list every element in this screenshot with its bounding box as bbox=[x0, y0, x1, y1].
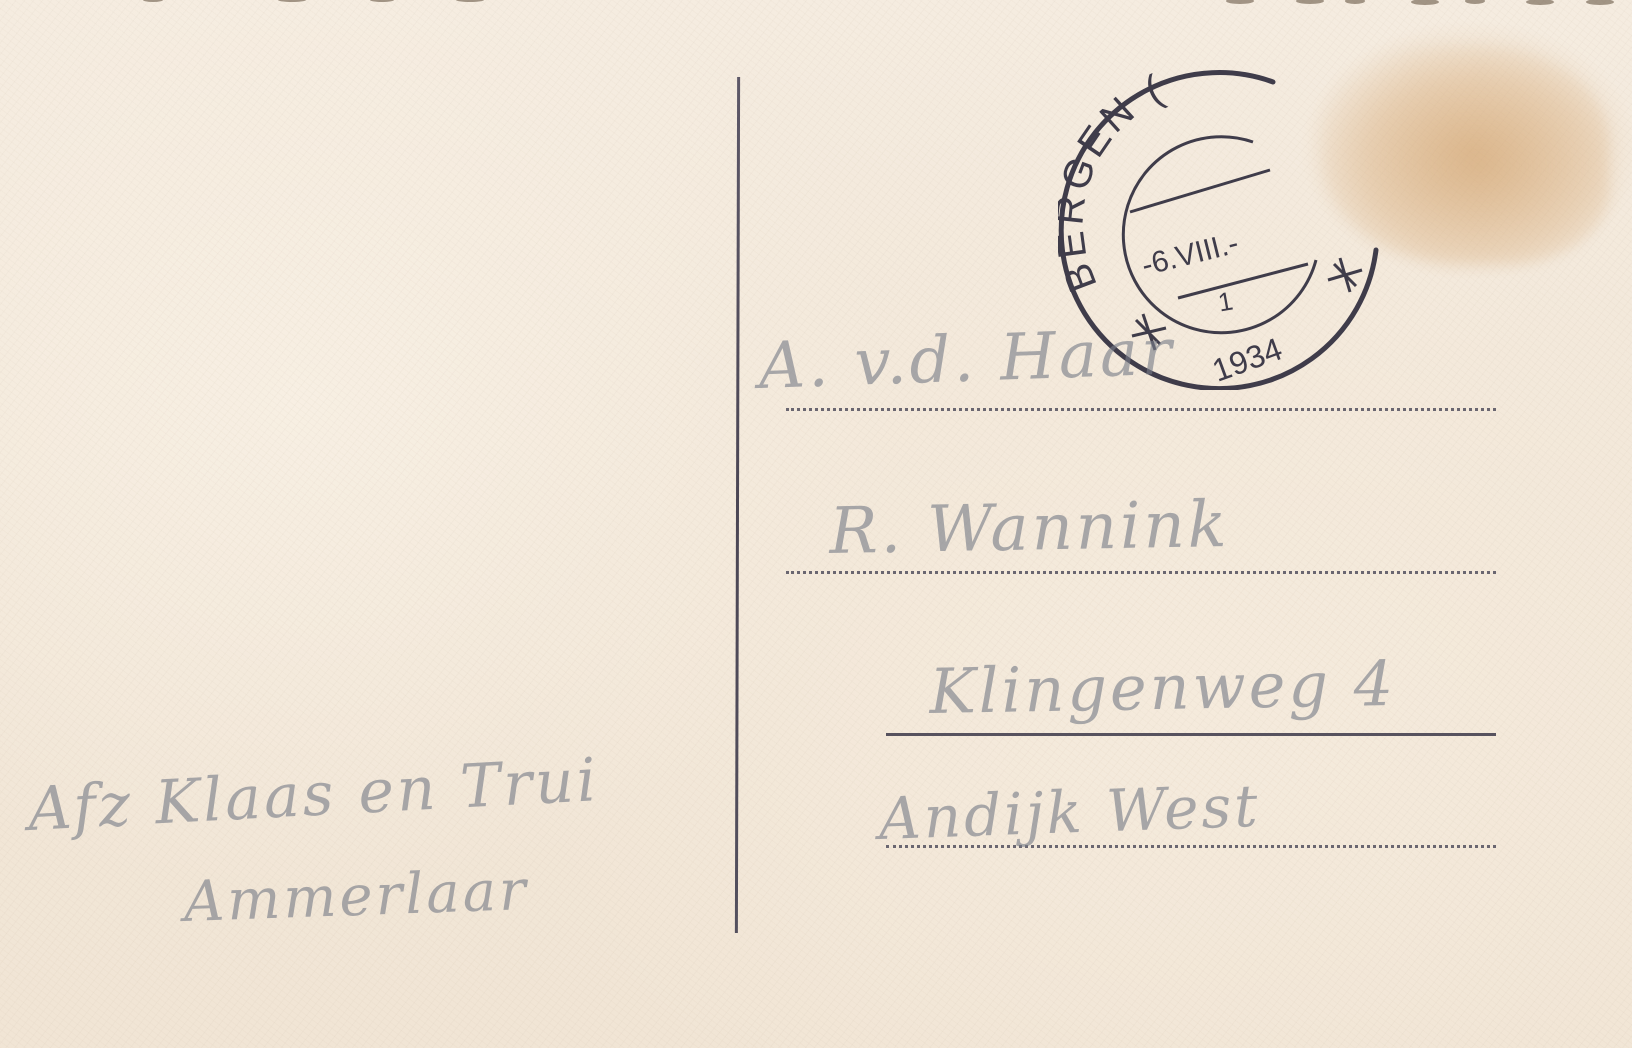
postmark-ornament-right bbox=[1328, 258, 1362, 292]
postmark-time: 1 bbox=[1216, 285, 1235, 317]
postcard-back: BERGEN ( -6.VIII.- 1 1934 A. v.d. Haar R… bbox=[0, 0, 1632, 1048]
address-recipient: A. v.d. Haar bbox=[757, 316, 1176, 404]
postmark-date: -6.VIII.- bbox=[1138, 227, 1241, 283]
address-street: Klingenweg 4 bbox=[929, 647, 1397, 728]
address-line-3 bbox=[886, 733, 1496, 736]
address-town: Andijk West bbox=[878, 772, 1262, 853]
sender-line-2: Ammerlaar bbox=[183, 858, 530, 935]
top-edge bbox=[0, 0, 1632, 8]
vertical-divider bbox=[735, 77, 740, 933]
address-line-1 bbox=[786, 408, 1496, 411]
address-line-2 bbox=[786, 571, 1496, 574]
sender-line-1: Afz Klaas en Trui bbox=[26, 745, 600, 845]
address-name: R. Wannink bbox=[829, 488, 1230, 569]
